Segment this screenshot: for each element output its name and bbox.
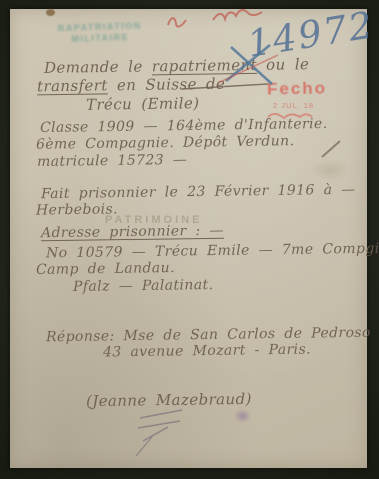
matricule-line: matricule 15723 —: [37, 152, 187, 170]
request-line-2: transfert en Suisse de: [37, 75, 225, 96]
pencil-strike-1: [140, 410, 182, 418]
purple-ink-smudge: [234, 409, 251, 423]
request-line-1: Demande le rapatriement ou le: [44, 55, 309, 77]
request-l1a: Demande le: [44, 57, 152, 77]
paper-damage-spot: [46, 9, 55, 16]
red-date-stamp-word: Fecho: [267, 78, 327, 99]
address-line-3: Pfalz — Palatinat.: [73, 277, 214, 295]
address-line-1: No 10579 — Trécu Emile — 7me Compgie: [46, 241, 379, 262]
teal-office-stamp: RAPATRIATION MILITAIRE: [50, 20, 151, 45]
pencil-strike-2: [138, 421, 180, 428]
pencil-tick-mark: [322, 141, 340, 157]
pencil-strike-4: [136, 437, 152, 456]
signature-name: (Jeanne Mazebraud): [86, 390, 252, 410]
reply-line-2: 43 avenue Mozart - Paris.: [103, 342, 311, 361]
pencil-strike-3: [143, 427, 168, 441]
request-l1c: ou le: [257, 55, 310, 74]
paper-sheet: RAPATRIATION MILITAIRE 14972 Fecho 2 JUL…: [10, 9, 367, 468]
request-l2b: en Suisse de: [108, 75, 226, 95]
prisoner-name: Trécu (Emile): [86, 94, 200, 114]
red-pencil-scribble-2: [213, 10, 262, 20]
red-date-stamp-date: 2 JUL. 18: [273, 101, 314, 110]
scanned-document: RAPATRIATION MILITAIRE 14972 Fecho 2 JUL…: [0, 0, 379, 479]
capture-line-2: Herbebois.: [36, 201, 118, 218]
address-line-2: Camp de Landau.: [36, 260, 175, 278]
request-l1b-underlined: rapatriement: [152, 56, 257, 75]
capture-line-1: Fait prisonnier le 23 Février 1916 à —: [41, 182, 356, 202]
request-l2a-underlined: transfert: [37, 76, 108, 95]
address-heading: Adresse prisonnier : —: [41, 223, 224, 242]
red-pencil-scribble-1: [168, 18, 186, 26]
paper-stain: [310, 159, 350, 181]
compagnie-line: 6ème Compagnie. Dépôt Verdun.: [36, 133, 295, 153]
